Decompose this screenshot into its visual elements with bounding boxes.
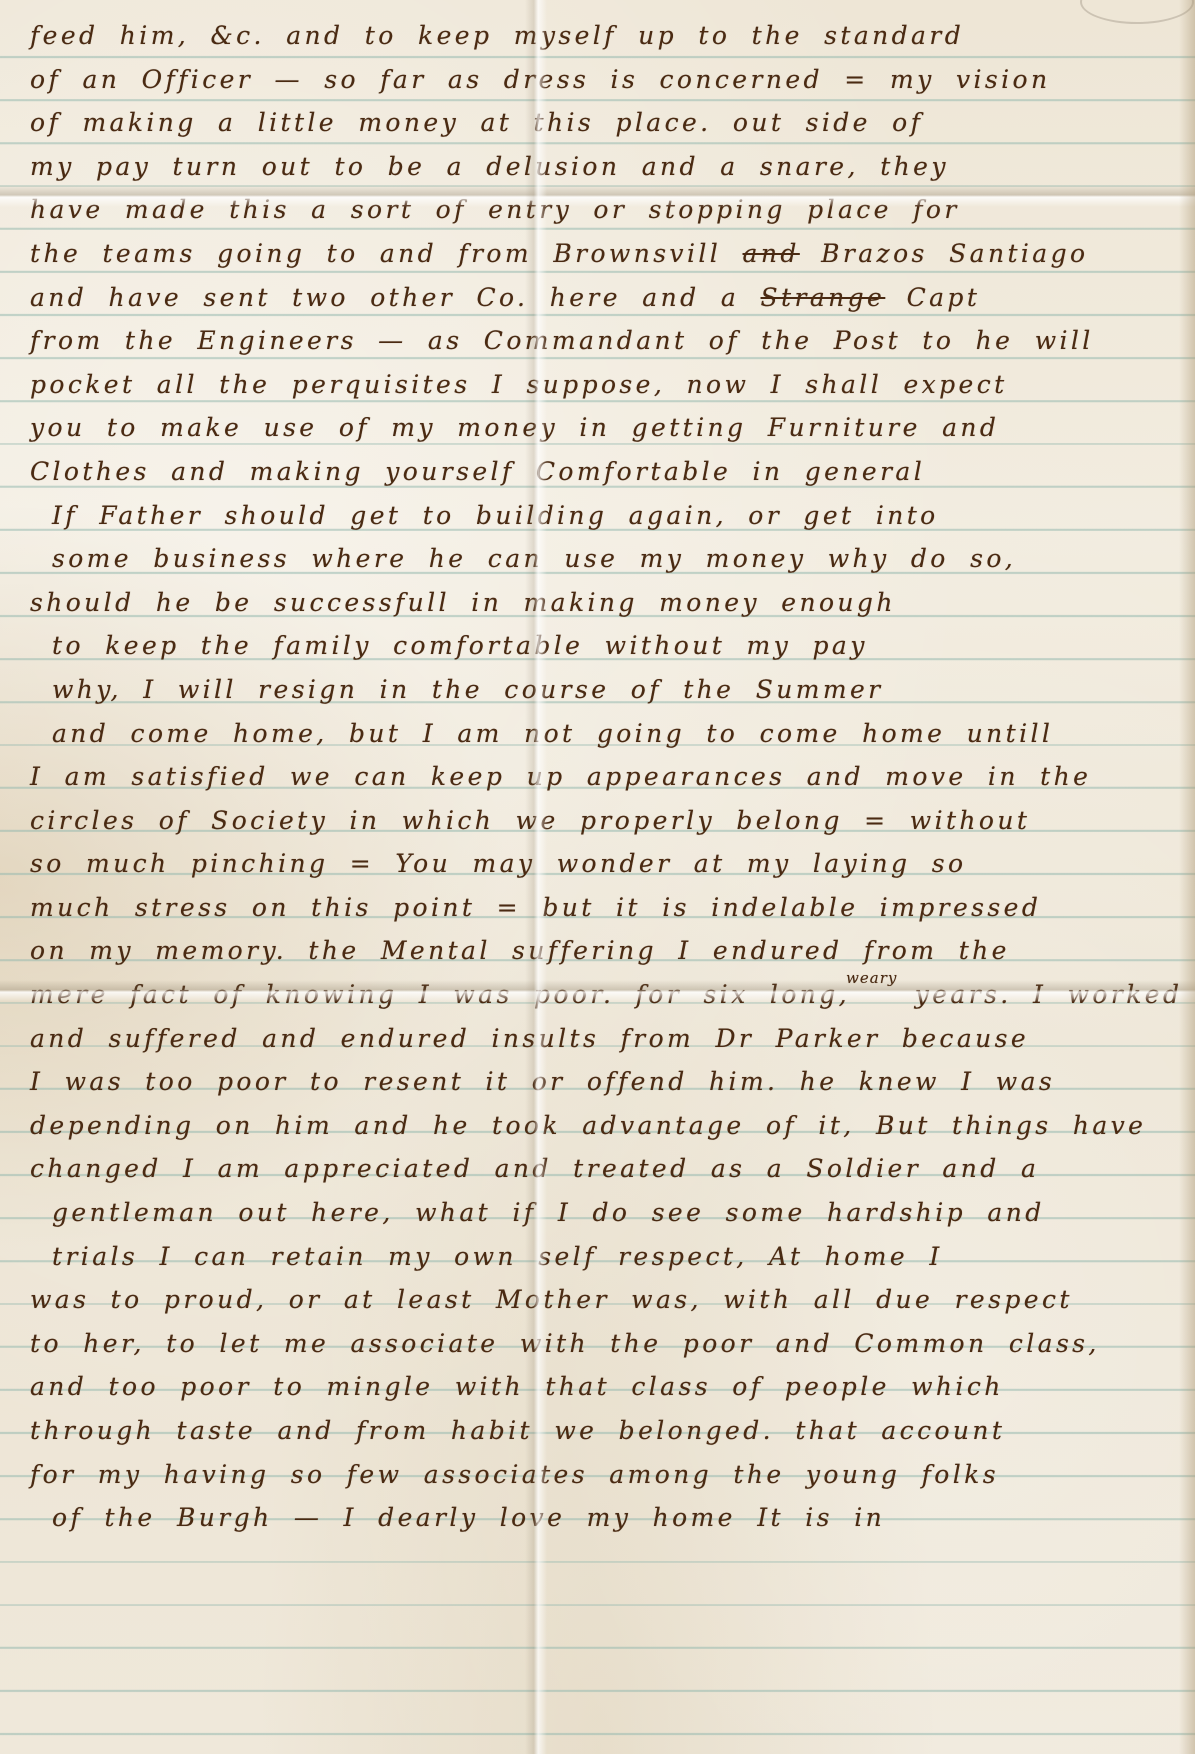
letter-line: changed I am appreciated and treated as …	[30, 1147, 1170, 1191]
letter-line: my pay turn out to be a delusion and a s…	[30, 145, 1170, 189]
letter-text: Brazos Santiago	[800, 239, 1089, 268]
letter-line: so much pinching = You may wonder at my …	[30, 842, 1170, 886]
letter-page: feed him, &c. and to keep myself up to t…	[0, 0, 1195, 1754]
letter-line: of making a little money at this place. …	[30, 101, 1170, 145]
fold-crease-horizontal	[0, 185, 1195, 207]
letter-line: the teams going to and from Brownsvill a…	[30, 232, 1170, 276]
letter-line: from the Engineers — as Commandant of th…	[30, 319, 1170, 363]
letter-line: for my having so few associates among th…	[30, 1453, 1170, 1497]
letter-line: pocket all the perquisites I suppose, no…	[30, 363, 1170, 407]
letter-text: and have sent two other Co. here and a	[30, 283, 761, 312]
paper-edge	[1179, 0, 1195, 1754]
letter-line: and have sent two other Co. here and a S…	[30, 276, 1170, 320]
letter-line: to her, to let me associate with the poo…	[30, 1322, 1170, 1366]
letter-line: and suffered and endured insults from Dr…	[30, 1017, 1170, 1061]
letter-line: I was too poor to resent it or offend hi…	[30, 1060, 1170, 1104]
letter-text: the teams going to and from Brownsvill	[30, 239, 721, 268]
letter-line: some business where he can use my money …	[30, 537, 1170, 581]
letter-line: of the Burgh — I dearly love my home It …	[30, 1496, 1170, 1540]
letter-line: and too poor to mingle with that class o…	[30, 1365, 1170, 1409]
fold-crease-vertical	[525, 0, 547, 1754]
letter-line: I am satisfied we can keep up appearance…	[30, 755, 1170, 799]
letter-line: why, I will resign in the course of the …	[30, 668, 1170, 712]
letter-line: was to proud, or at least Mother was, wi…	[30, 1278, 1170, 1322]
letter-line: should he be successfull in making money…	[30, 581, 1170, 625]
letter-line: and come home, but I am not going to com…	[30, 712, 1170, 756]
letter-line: Clothes and making yourself Comfortable …	[30, 450, 1170, 494]
letter-line: If Father should get to building again, …	[30, 494, 1170, 538]
fold-crease-horizontal	[0, 980, 1195, 1002]
letter-line: gentleman out here, what if I do see som…	[30, 1191, 1170, 1235]
letter-text: Capt	[885, 283, 980, 312]
struck-word: and	[743, 239, 800, 268]
letter-line: through taste and from habit we belonged…	[30, 1409, 1170, 1453]
letter-line: of an Officer — so far as dress is conce…	[30, 58, 1170, 102]
letter-line: much stress on this point = but it is in…	[30, 886, 1170, 930]
letter-line: trials I can retain my own self respect,…	[30, 1235, 1170, 1279]
letter-line: feed him, &c. and to keep myself up to t…	[30, 14, 1170, 58]
struck-word: Strange	[761, 283, 886, 312]
letter-line: depending on him and he took advantage o…	[30, 1104, 1170, 1148]
letter-line: you to make use of my money in getting F…	[30, 406, 1170, 450]
letter-line: on my memory. the Mental suffering I end…	[30, 929, 1170, 973]
letter-line: circles of Society in which we properly …	[30, 799, 1170, 843]
letter-line: to keep the family comfortable without m…	[30, 624, 1170, 668]
handwritten-letter-body: feed him, &c. and to keep myself up to t…	[30, 14, 1170, 1540]
